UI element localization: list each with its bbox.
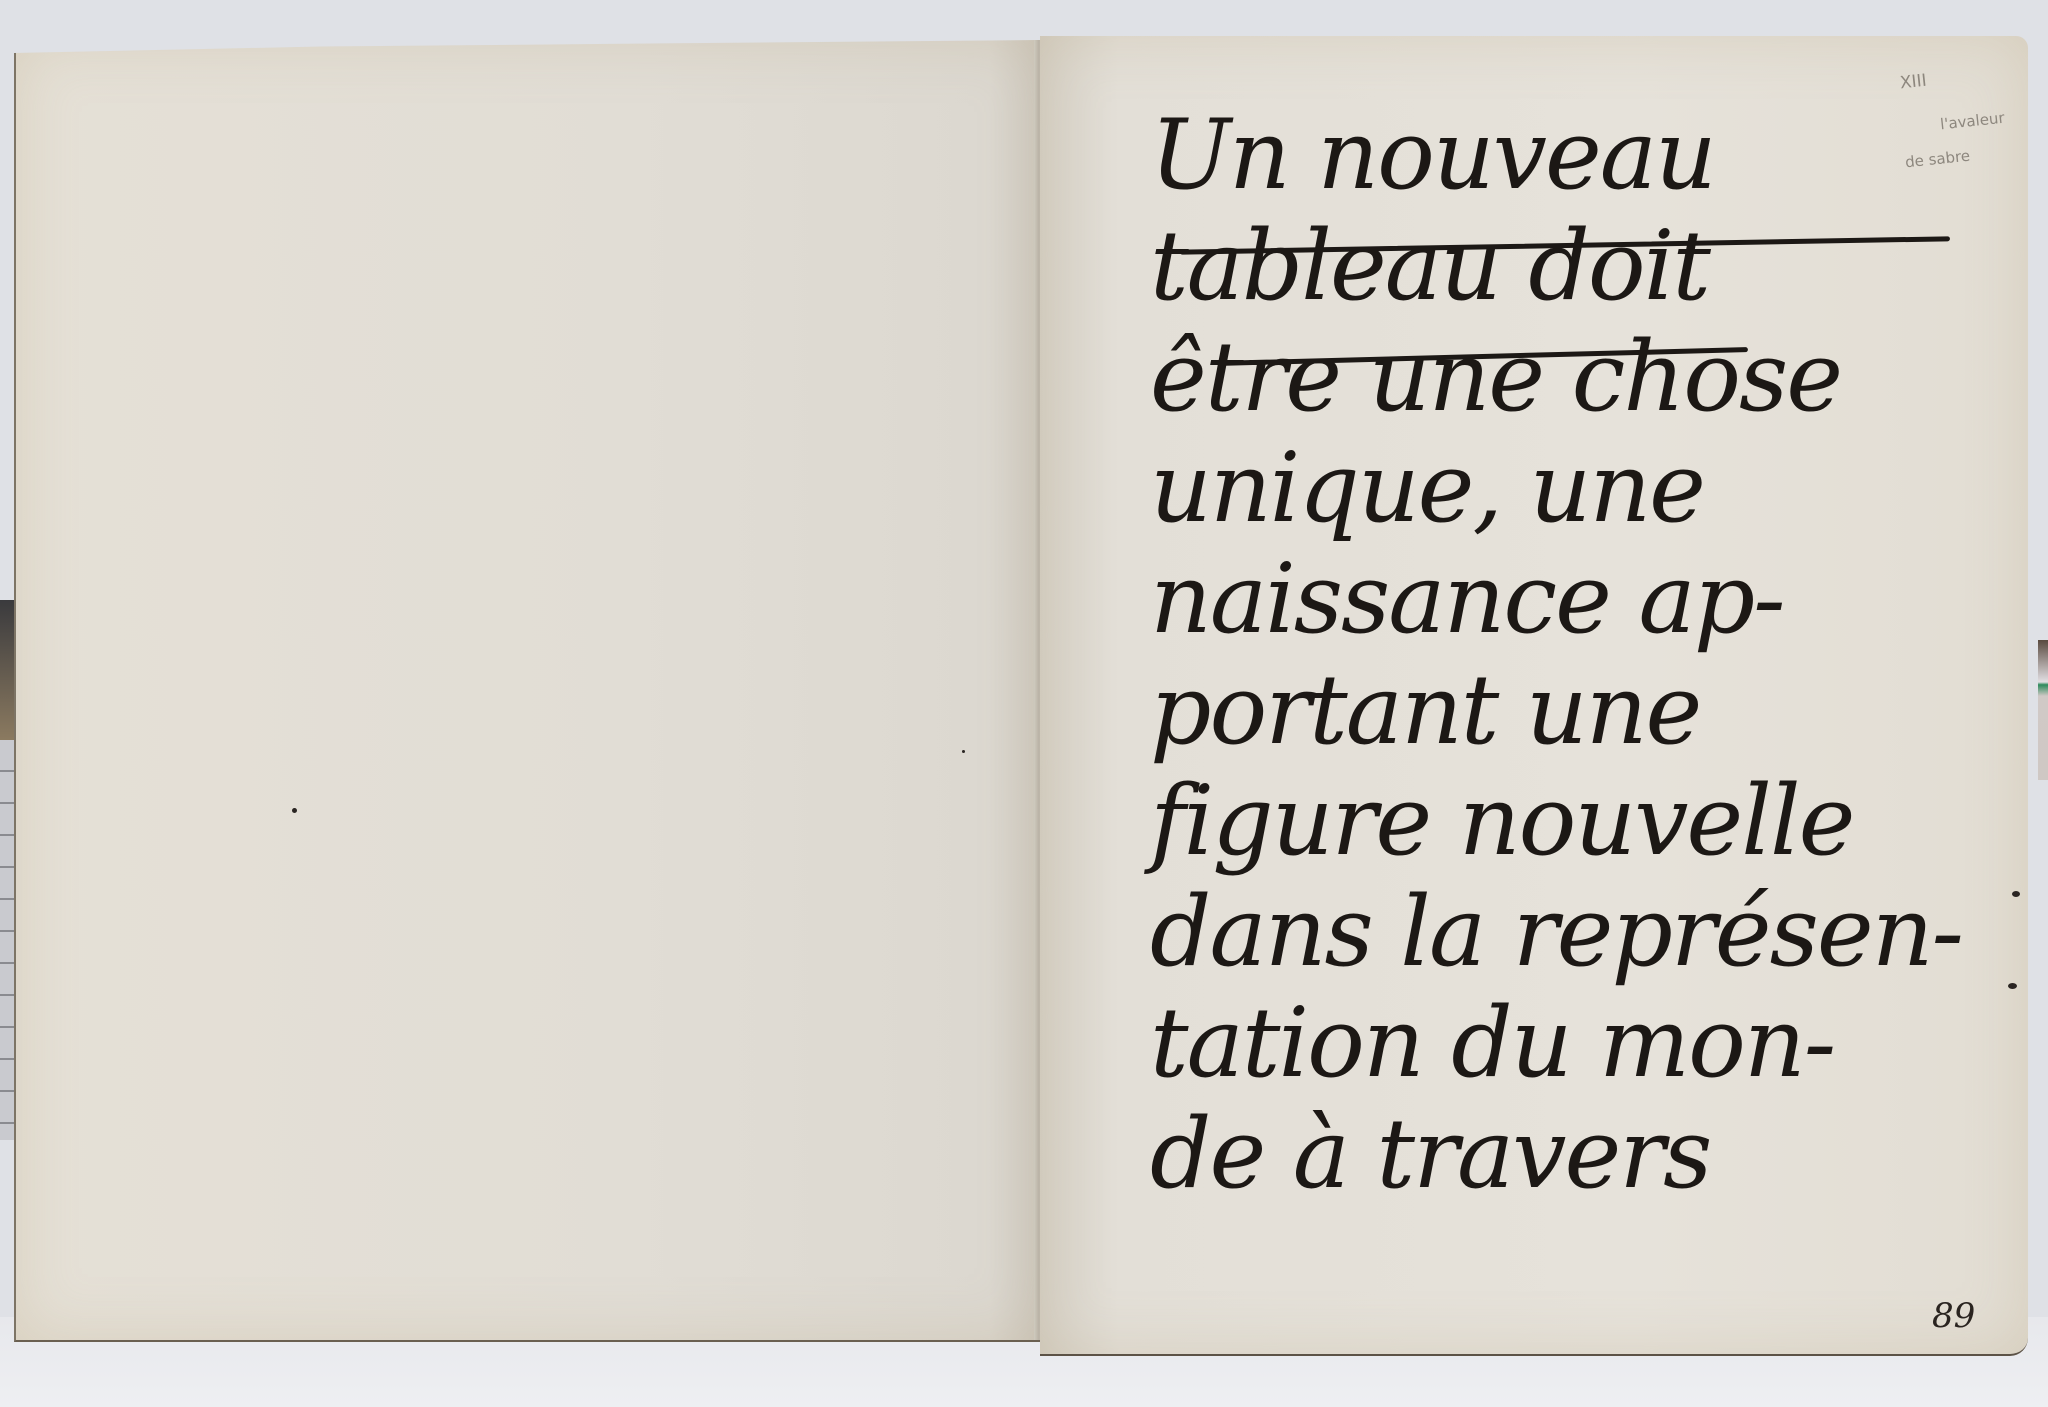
left-page <box>14 40 1040 1342</box>
handwritten-line: tableau doit <box>1150 211 2010 322</box>
handwritten-line: être une chose <box>1150 322 2010 433</box>
paper-speck <box>962 750 965 753</box>
paper-speck <box>292 808 297 813</box>
handwritten-line: unique, une <box>1150 433 2010 544</box>
handwritten-line: Un nouveau <box>1150 100 2010 211</box>
handwritten-line: tation du mon- <box>1150 988 2010 1099</box>
page-number: 89 <box>1932 1296 1975 1336</box>
handwritten-line: figure nouvelle <box>1150 766 2010 877</box>
background-object-left <box>0 600 16 740</box>
pencil-note-roman-numeral: XIII <box>1899 71 1928 94</box>
paper-speck <box>2012 891 2020 897</box>
background-object-right <box>2038 640 2048 780</box>
handwritten-line: naissance ap- <box>1150 544 2010 655</box>
handwritten-text: Un nouveau tableau doit être une chose u… <box>1150 100 2010 1210</box>
handwritten-line: dans la représen- <box>1150 877 2010 988</box>
handwritten-line: de à travers <box>1150 1099 2010 1210</box>
handwritten-line: portant une <box>1150 655 2010 766</box>
